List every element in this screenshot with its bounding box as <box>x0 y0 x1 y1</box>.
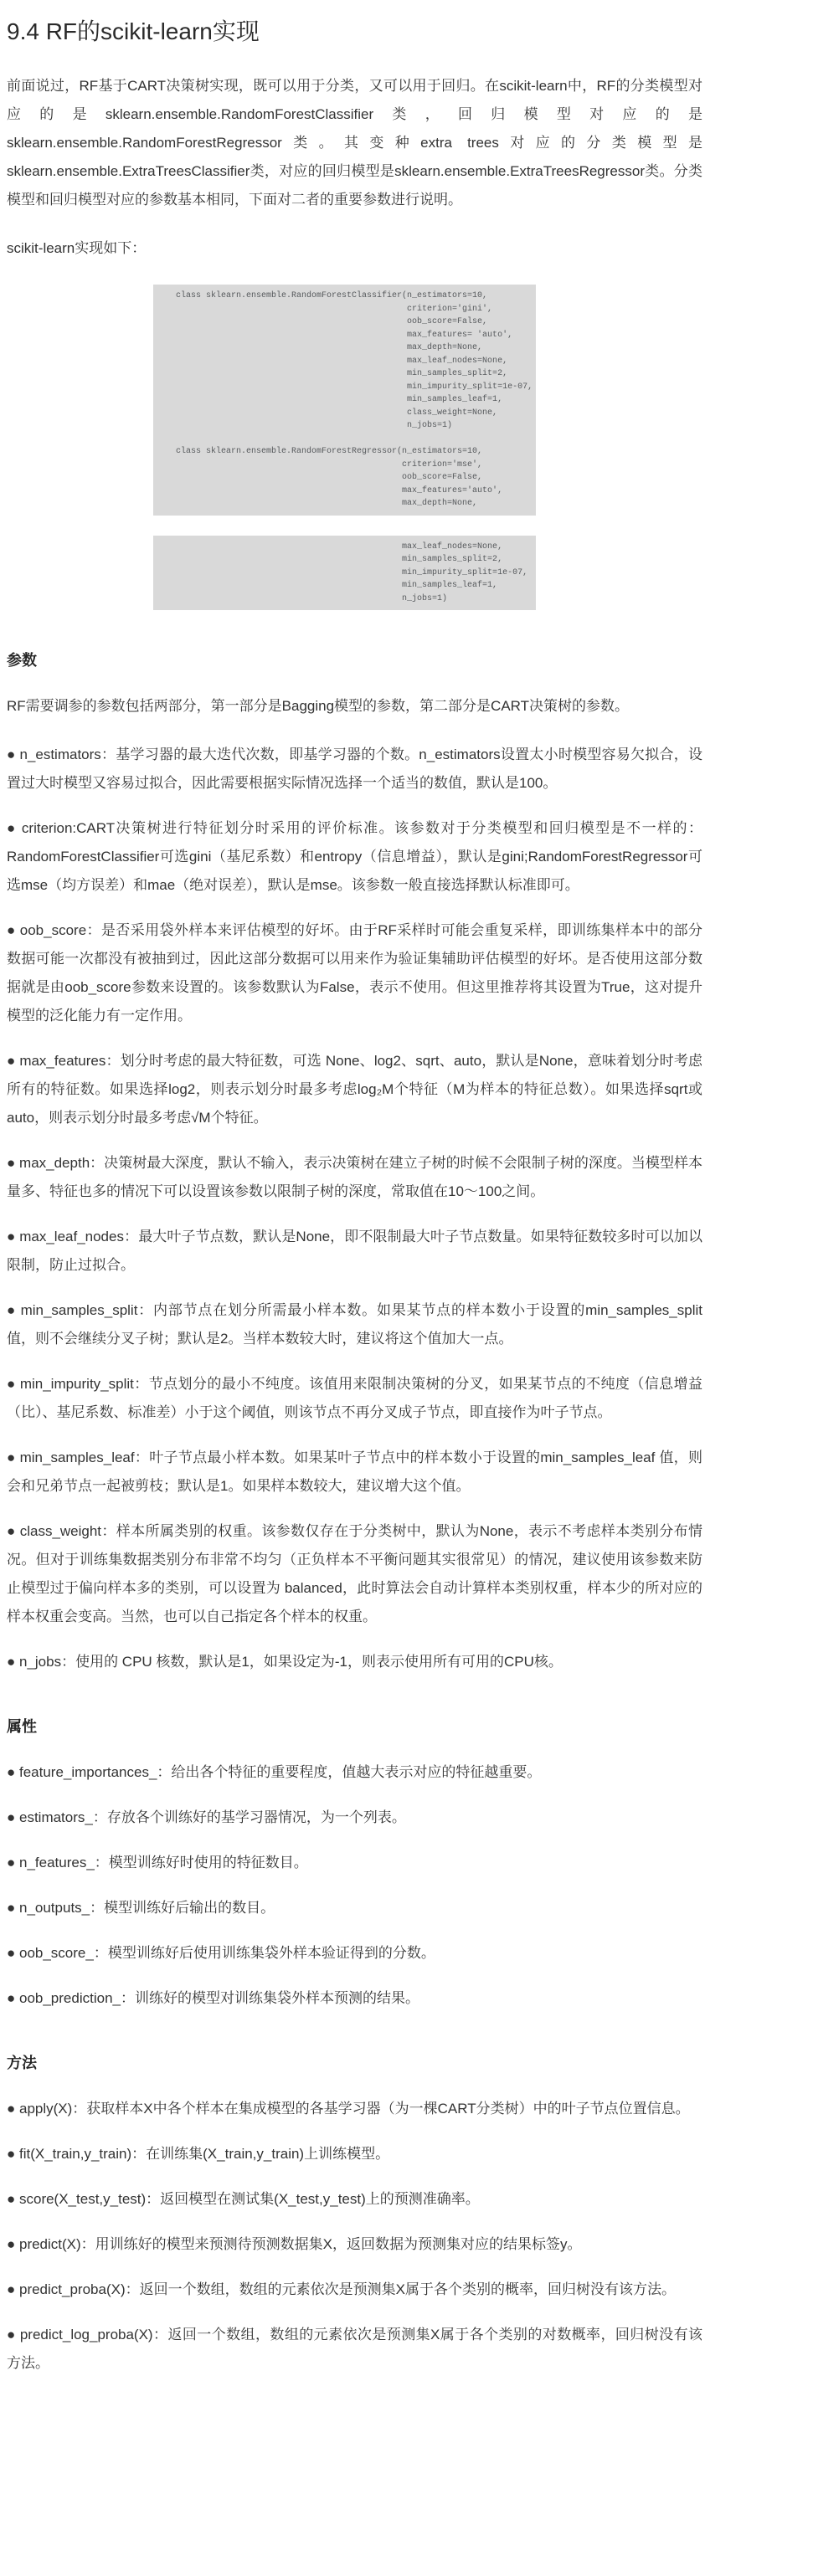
page-title: 9.4 RF的scikit-learn实现 <box>7 13 702 47</box>
section-methods: 方法 ● apply(X)：获取样本X中各个样本在集成模型的各基学习器（为一棵C… <box>7 2051 702 2378</box>
bullet-item: ● oob_prediction_：训练好的模型对训练集袋外样本预测的结果。 <box>7 1984 702 2013</box>
document-page: 9.4 RF的scikit-learn实现 前面说过，RF基于CART决策树实现… <box>0 0 813 2445</box>
bullet-item: ● predict_log_proba(X)：返回一个数组，数组的元素依次是预测… <box>7 2321 702 2378</box>
bullet-item: ● predict(X)：用训练好的模型来预测待预测数据集X，返回数据为预测集对… <box>7 2230 702 2259</box>
bullet-item: ● n_features_：模型训练好时使用的特征数目。 <box>7 1849 702 1877</box>
parameters-list: ● n_estimators：基学习器的最大迭代次数，即基学习器的个数。n_es… <box>7 741 702 1676</box>
bullet-item: ● min_samples_leaf：叶子节点最小样本数。如果某叶子节点中的样本… <box>7 1444 702 1501</box>
bullet-item: ● max_leaf_nodes：最大叶子节点数，默认是None，即不限制最大叶… <box>7 1223 702 1280</box>
bullet-item: ● n_estimators：基学习器的最大迭代次数，即基学习器的个数。n_es… <box>7 741 702 798</box>
bullet-item: ● estimators_：存放各个训练好的基学习器情况，为一个列表。 <box>7 1804 702 1832</box>
methods-list: ● apply(X)：获取样本X中各个样本在集成模型的各基学习器（为一棵CART… <box>7 2095 702 2378</box>
bullet-item: ● score(X_test,y_test)：返回模型在测试集(X_test,y… <box>7 2185 702 2214</box>
attributes-list: ● feature_importances_：给出各个特征的重要程度，值越大表示… <box>7 1758 702 2013</box>
bullet-item: ● feature_importances_：给出各个特征的重要程度，值越大表示… <box>7 1758 702 1787</box>
bullet-item: ● class_weight：样本所属类别的权重。该参数仅存在于分类树中，默认为… <box>7 1517 702 1631</box>
code-block-regressor-continued: max_leaf_nodes=None, min_samples_split=2… <box>153 536 536 611</box>
code-block-classifier: class sklearn.ensemble.RandomForestClass… <box>153 285 536 516</box>
bullet-item: ● criterion:CART决策树进行特征划分时采用的评价标准。该参数对于分… <box>7 814 702 900</box>
section-heading-methods: 方法 <box>7 2051 702 2073</box>
bullet-item: ● max_features：划分时考虑的最大特征数，可选 None、log2、… <box>7 1047 702 1132</box>
bullet-item: ● fit(X_train,y_train)：在训练集(X_train,y_tr… <box>7 2140 702 2168</box>
section-heading-parameters: 参数 <box>7 649 702 670</box>
bullet-item: ● max_depth：决策树最大深度，默认不输入，表示决策树在建立子树的时候不… <box>7 1149 702 1206</box>
bullet-item: ● min_impurity_split：节点划分的最小不纯度。该值用来限制决策… <box>7 1370 702 1427</box>
parameters-lead: RF需要调参的参数包括两部分，第一部分是Bagging模型的参数，第二部分是CA… <box>7 692 702 721</box>
bullet-item: ● apply(X)：获取样本X中各个样本在集成模型的各基学习器（为一棵CART… <box>7 2095 702 2123</box>
bullet-item: ● oob_score_：模型训练好后使用训练集袋外样本验证得到的分数。 <box>7 1939 702 1968</box>
code-intro: scikit-learn实现如下： <box>7 234 702 263</box>
section-heading-attributes: 属性 <box>7 1715 702 1737</box>
bullet-item: ● n_outputs_：模型训练好后输出的数目。 <box>7 1894 702 1922</box>
bullet-item: ● min_samples_split：内部节点在划分所需最小样本数。如果某节点… <box>7 1296 702 1353</box>
bullet-item: ● n_jobs：使用的 CPU 核数，默认是1，如果设定为-1，则表示使用所有… <box>7 1648 702 1676</box>
intro-paragraph: 前面说过，RF基于CART决策树实现，既可以用于分类，又可以用于回归。在scik… <box>7 72 702 214</box>
section-attributes: 属性 ● feature_importances_：给出各个特征的重要程度，值越… <box>7 1715 702 2013</box>
bullet-item: ● predict_proba(X)：返回一个数组，数组的元素依次是预测集X属于… <box>7 2276 702 2304</box>
bullet-item: ● oob_score：是否采用袋外样本来评估模型的好坏。由于RF采样时可能会重… <box>7 916 702 1030</box>
section-parameters: 参数 RF需要调参的参数包括两部分，第一部分是Bagging模型的参数，第二部分… <box>7 649 702 1676</box>
